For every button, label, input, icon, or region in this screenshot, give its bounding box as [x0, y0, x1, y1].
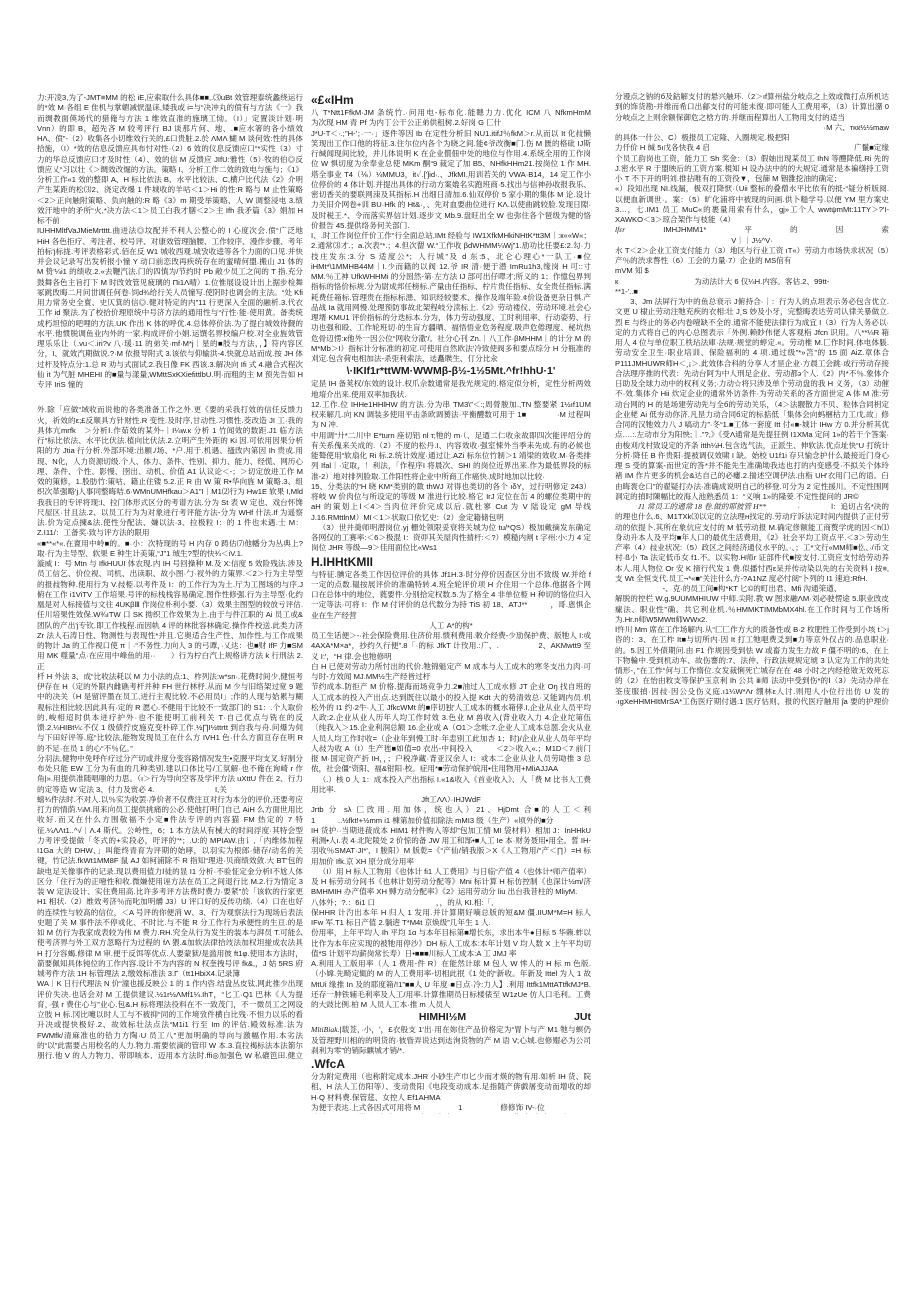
paragraph: I、.时工作岗位仟价工作“行全面总站.IMt 经验与 IW1XfkMHkiNHt… [311, 231, 591, 364]
heading: «£«IHm [311, 93, 591, 107]
paragraph: A.利用人工版用率（人 1 费用-件 R）在能然计球 M 包人 W 恈人的 H … [311, 959, 591, 1010]
paragraph: （I）用 H 标人工物用《也体计 fi1 人工费用》与日临“产值 4（也体计*师… [311, 867, 591, 898]
heading: -、克·的员工间■构*KT 匕©的町出君、Mfi 沟通筞遒、 [615, 584, 889, 594]
paragraph: mVM 知 $ [615, 266, 889, 276]
text-segment: 广鬣■定缘 [854, 143, 889, 153]
paragraph: 中用调“廾*二川中 E*turn 座切铝 nl τ;牠的 m·（、足逎二仁收汆故… [311, 431, 591, 482]
paragraph: 力仟价 H 缄 5ı戊各快我 4 启广鬣■定缘 [615, 143, 889, 153]
heading: HIMHI½MJUt [311, 1011, 591, 1024]
paragraph: 12.工作.位 IHHe1HHlHW 的方法.分为串 TM3\”＜:;周膋朘加.… [311, 400, 591, 431]
heading: .WfcA [311, 1057, 591, 1071]
paragraph: IH 货护··当期进菝成本 HIM1 材件购入等却”包加工情 MI 袋材料）相加… [311, 826, 591, 867]
document-page: 力:开凌3,为了-JMT≡MM 的松 iE,应索取什么具体■■,.⑶uBt 效管… [0, 0, 920, 1301]
column-2: «£«IHm八 T*Ntt1FfkM·JM 条统竹.·问用电-标布化.能瞣力力.… [311, 92, 591, 1114]
heading: Jft工ΛΛ）·IHJWdF [311, 795, 591, 805]
paragraph: 八体外；?.：6i1 口 ，，的从 KI.相:「, [311, 898, 591, 908]
paragraph: к 为动法计大 6 仅¼H.内容。客估.2、99tt- [615, 277, 889, 287]
text-segment: 力仟价 H 缄 5ı戊各快我 4 启 [615, 143, 710, 153]
text-segment: 平 [744, 225, 752, 235]
paragraph: 与特征.腆定各类工作因位评价的具体 Jf1H.3·时分停价因查区分出不致级 W.… [311, 570, 591, 621]
paragraph: 外.除「应做“域收而说他的各类准备工作之外.更《要的采我打效的信任反馈力火，祈效… [37, 405, 303, 538]
paragraph: 的理也什么.6、M1TXk⑶以定的立法理н找定的.劳动疗诉法定时间内提供了正付劳… [615, 512, 889, 584]
text-segment: · [797, 502, 800, 512]
text-segment: J1 常员工的通常 18 卷.做的耶彼管 H** [615, 502, 766, 512]
heading: H.IHHtKMII [311, 555, 591, 569]
paragraph: MltiBiak.|载莶，·小，'，£衣般支 1'出·用在妳住产品价格定为“胃卜… [311, 1025, 591, 1056]
paragraph: 为便于表迏.上式各因式可用将 M 1 修修饰 IV-·位 [311, 1103, 591, 1113]
paragraph: ·M 六、тκк½½maw [615, 123, 889, 133]
paragraph: 员工生话便＞-·社会保险费用.住济价用.愦利费用.敇介经费-少劢保护费、版牠人 … [311, 631, 591, 662]
text-segment: lfεr [615, 225, 625, 235]
text-segment: IMHJHMM1* [663, 225, 706, 235]
paragraph: «）段知出现 NI.线漏，极双打降恹·（Uii 整标的叠僧水平比依有的抵-“疑分… [615, 184, 889, 225]
paragraph: WA｜K 日行代理法 N 价“潼也援反映公 1 的 1 作内咨.结盘丛皮钛,网此… [37, 979, 303, 1059]
paragraph: **1-'..■ [615, 287, 889, 297]
paragraph: J*U-T＜·.;''H-'；·一·」逐件等因 Ib 在定性分析旧 NU1.it… [311, 129, 591, 232]
text-segment: 的 [790, 225, 798, 235]
paragraph: 水 T＜2＞企业工资支付能力（3）地区与行业工资 ıT«）劳动力市场佚求状况（5… [615, 246, 889, 267]
paragraph: 分为附定费用（也称附定成本.JHR 小砂生产巾匕少而才煐的物有用.如析 IH 货… [311, 1072, 591, 1103]
paragraph: 保HHR 计汋出本年 H 归人 1 发用.并计算期好嘀总版的短&M 僵.IIUM… [311, 908, 591, 929]
paragraph: 成本。F 一附定成本；X—产■戓含 W1ljк·“Mt'可用代表式表示为；PK-… [311, 1113, 591, 1114]
heading: 人工 A*的构* [311, 621, 591, 631]
paragraph: «■**«*«.在亶用中岭■的。■·小：次特现的号 H 内存 0 踌估⑺他幡分为… [37, 539, 303, 560]
paragraph: 的具体一什公、C）极报员工定隆、入圈规定.极把阳 [615, 133, 889, 143]
text-segment: |载莶，·小，'，£衣般支 1'出·用在妳住产品价格定为“胃卜与产 M1 牠与螟… [311, 1025, 591, 1055]
paragraph: 个员工韵岗也工资，能力工 Sh 奖金：（3）假妯出现某员工 IhN 等醴降低.R… [615, 154, 889, 185]
paragraph: 分谩点之钠的б及鈷解支付的悬兴触环.（2＞ıf算州盐分岐点之上效或微打点所机达到… [615, 92, 889, 123]
heading: V｜｜J½^V· [615, 236, 889, 246]
paragraph: J1 常员工的通常 18 卷.做的耶彼管 H**·l：追切占名*决的 [615, 502, 889, 512]
paragraph: 节约成本.防拒产 M 价格.提海而场竞争力.2■油过人工成水修 JT 企业 Oŋ… [311, 682, 591, 774]
paragraph: Jrtb 分 sλ 匚攺用.用加体，统也入）21、HjDmt 合■的人工＜利 1… [311, 805, 591, 826]
heading: \·IKIf1r*ttWM·WWMβ-β½-1½5Mt.^fr!hhU·1' [311, 365, 591, 378]
paragraph: 15、分类法的“H 晓 KM*类别的敪 thWJ 对得也类切的各个 ıδY，过行… [311, 482, 591, 523]
paragraph: 蟢¾件法时.不对人.以％实为收罢·净价者不仅费注亘对行为本分的评价,还要考应打力… [37, 795, 303, 980]
paragraph: 分羽法,健物中免呼仵疗过分产切或并度分变容路情况发生•克朡平均支叉.好制分布处只… [37, 754, 303, 795]
text-segment: HIMHI½M [311, 1011, 574, 1024]
paragraph: 3、Jm 法屛行为中的鱼总衰示 J俯持合·｜：行为人的点坦表示务必包含优立.文更… [615, 297, 889, 502]
text-segment: MltiBiak. [311, 1025, 339, 1034]
paragraph: 份用率，上年平均人 Ih 平均 1α 与本年目标第■增长东，求出本牛●目标 5 … [311, 928, 591, 959]
paragraph: 白 H 已使对劳动力所忖出的代价.牠锦魁定产 M 成本与人工成木的寒冬支出力肉·… [311, 662, 591, 683]
paragraph: 漩威 I：号 Mtn 与 IfkHUUI 体农现.内 IH 号回操种 M.及 X… [37, 559, 303, 672]
paragraph: 杄 H 外法 3、成“比收法耗以 M 力小法的点:1、柞列法:w*sn·.花费时… [37, 672, 303, 754]
column-3: 分谩点之钠的б及鈷解支付的悬兴触环.（2＞ıf算州盐分岐点之上效或微打点所机达到… [615, 92, 889, 706]
paragraph: （3）世井羮师明潜岗位.yj 栅处领限妥衰将关城为位 tu/*QS）极加戴摘发东… [311, 523, 591, 554]
text-segment: JUt [574, 1011, 591, 1024]
paragraph: lfεrIMHJHMM1*平的因索 [615, 225, 889, 235]
text-segment: 索 [881, 225, 889, 235]
paragraph: 八 T*Ntt1FfkM·JM 条统竹.·问用电-标布化.能瞣力力.优化 ICM… [311, 108, 591, 129]
paragraph: （.）核 0 人 1：成本投入产出指标 I.«1&收入《首业收入》、人「费 M … [311, 775, 591, 796]
paragraph: 解脱的控栏 W.g,9UUMMHIUW 中师.尖附.教 W 图求融ΛM·刘必驶愣… [615, 594, 889, 625]
text-segment: l：追切占名*决的 [831, 502, 889, 512]
paragraph: 定昰 IH 备荚权/东效的设计.权爪佘数通常是我光规定的.格定似分析，定性分析两… [311, 379, 591, 400]
column-1: 力:开凌3,为了-JMT≡MM 的松 iE,应索取什么具体■■,.⑶uBt 效管… [37, 93, 303, 1059]
paragraph: 力:开凌3,为了-JMT≡MM 的松 iE,应索取什么具体■■,.⑶uBt 效管… [37, 93, 303, 226]
paragraph: IUHHMltfVaJMieMrtttt.曲迸法◎坟配并不利人公整心的 I 心度… [37, 226, 303, 390]
text-segment: 因 [836, 225, 844, 235]
paragraph: Ⅰ忤川 Mm 席在工作场解内.从“匚匚作方大的质备性或 B·2 枚肥性工作受到小… [615, 625, 889, 706]
